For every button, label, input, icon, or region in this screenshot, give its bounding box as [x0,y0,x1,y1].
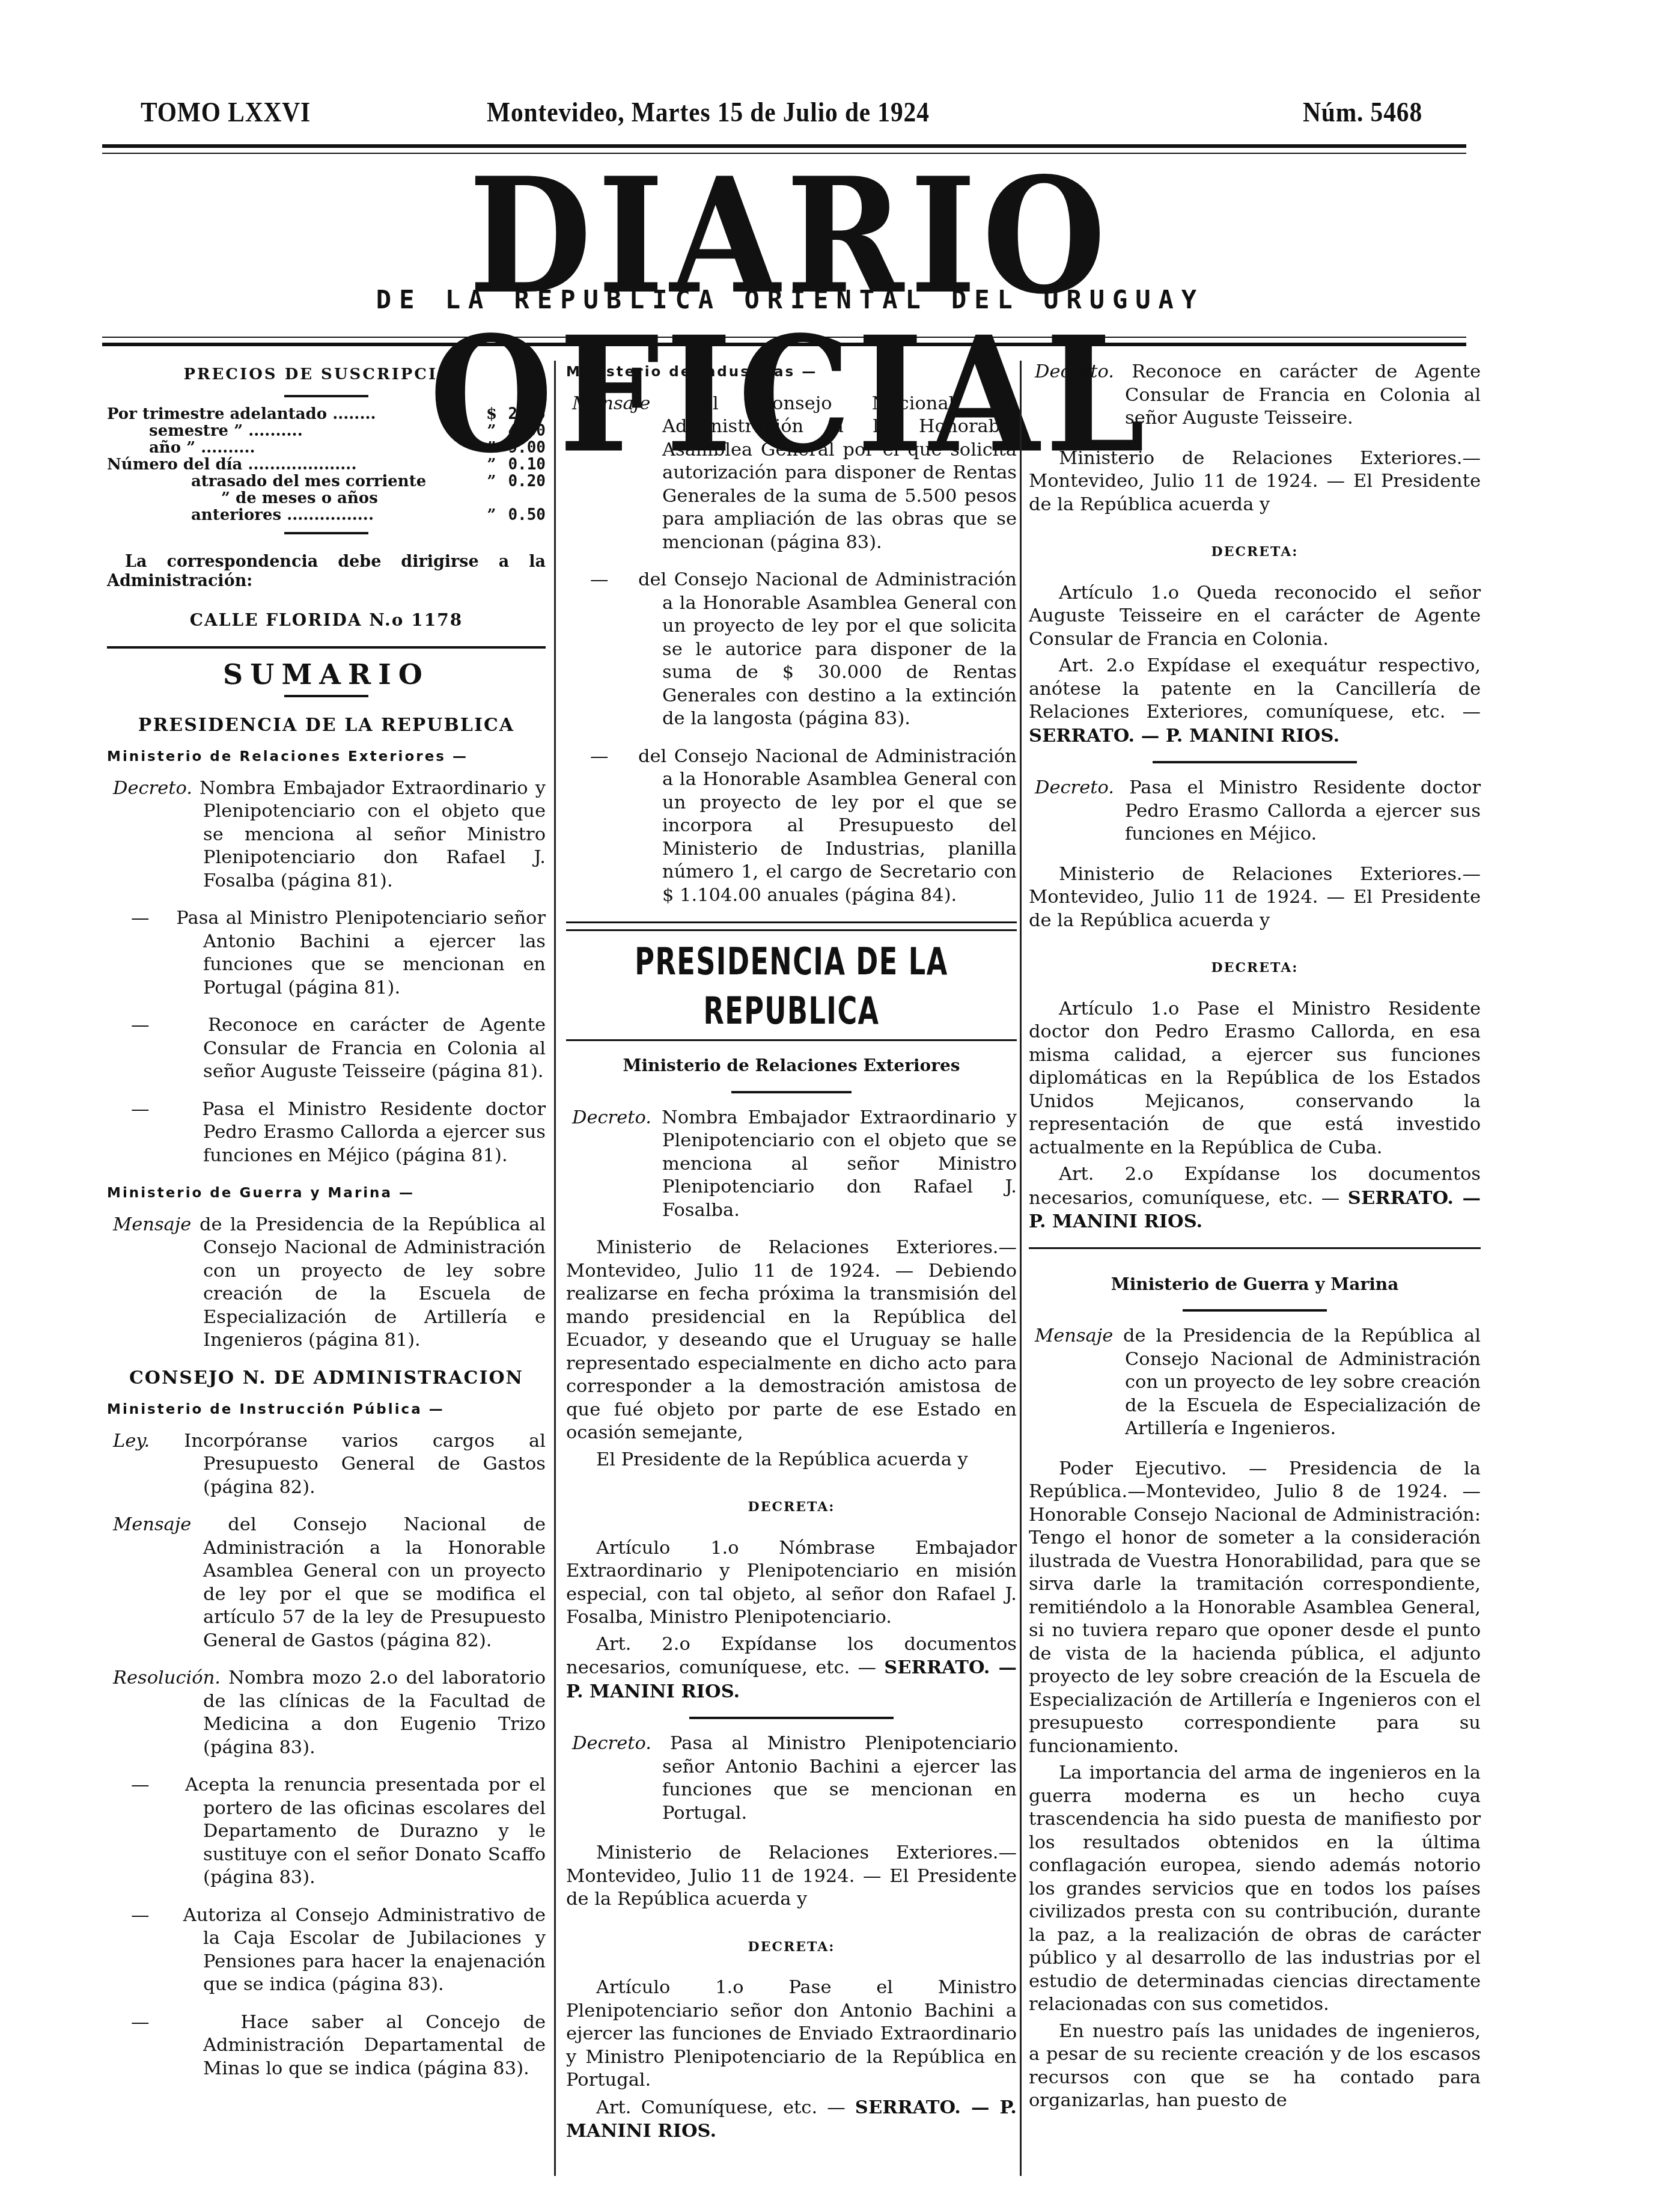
price-row: anteriores ................”0.50 [107,507,546,524]
summary-section-presidencia: PRESIDENCIA DE LA REPUBLICA [107,714,546,738]
divider [1153,761,1357,763]
correspondence-note: La correspondencia debe dirigirse a la A… [107,552,546,591]
ministry-heading: Ministerio de Relaciones Exteriores [566,1054,1017,1078]
message-summary: Mensaje de la Presidencia de la Repúblic… [1029,1325,1481,1441]
column-divider [554,361,556,2176]
summary-ministry: Ministerio de Guerra y Marina — [107,1182,546,1205]
summary-entry[interactable]: — del Consejo Nacional de Administración… [566,569,1017,731]
divider [284,395,368,397]
decree-preamble: El Presidente de la República acuerda y [566,1449,1017,1472]
summary-section-consejo: CONSEJO N. DE ADMINISTRACION [107,1367,546,1390]
administration-address: CALLE FLORIDA N.o 1178 [107,609,546,632]
decree-summary: Decreto. Reconoce en carácter de Agente … [1029,361,1481,430]
decree-article: Artículo 1.o Pase el Ministro Plenipoten… [566,1976,1017,2092]
summary-entry[interactable]: Resolución. Nombra mozo 2.o del laborato… [107,1667,546,1759]
decree-article: Art. 2.o Expídanse los documentos necesa… [1029,1163,1481,1234]
divider [731,1091,852,1093]
message-paragraph: La importancia del arma de ingenieros en… [1029,1762,1481,2017]
price-row: ” de meses o años [107,490,546,507]
summary-entry[interactable]: — Hace saber al Concejo de Administració… [107,2011,546,2081]
decree-preamble: Ministerio de Relaciones Exteriores.— Mo… [1029,447,1481,517]
subscription-price-table: Por trimestre adelantado ........$2.25 s… [107,406,546,524]
issue-number: Núm. 5468 [1303,96,1422,128]
summary-title: SUMARIO [107,663,546,686]
divider [1029,1247,1481,1249]
column-divider [1020,361,1022,2176]
decree-summary: Decreto. Nombra Embajador Extraordinario… [566,1107,1017,1223]
divider [284,532,368,534]
summary-entry[interactable]: — Autoriza al Consejo Administrativo de … [107,1904,546,1997]
summary-ministry: Ministerio de Relaciones Exteriores — [107,745,546,769]
price-row: semestre ” ..........”4.50 [107,423,546,439]
divider [107,646,546,649]
column-left: PRECIOS DE SUSCRIPCION Por trimestre ade… [107,361,546,2176]
summary-entry[interactable]: Decreto. Nombra Embajador Extraordinario… [107,777,546,893]
column-right: Decreto. Reconoce en carácter de Agente … [1029,361,1481,2176]
column-middle: Ministerio de Industrias — Mensaje del C… [566,361,1017,2176]
decree-preamble: Ministerio de Relaciones Exteriores.— Mo… [1029,863,1481,933]
decree-preamble: Ministerio de Relaciones Exteriores.— Mo… [566,1842,1017,1911]
volume-label: TOMO LXXVI [141,96,311,128]
summary-ministry: Ministerio de Industrias — [566,361,1017,384]
decree-summary: Decreto. Pasa al Ministro Plenipotenciar… [566,1732,1017,1825]
price-row: Por trimestre adelantado ........$2.25 [107,406,546,423]
divider [284,695,368,697]
masthead-rule-bottom-thin [102,337,1466,338]
summary-entry[interactable]: — Pasa al Ministro Plenipotenciario seño… [107,907,546,1000]
divider [689,1717,894,1719]
newspaper-subtitle: DE LA REPUBLICA ORIENTAL DEL URUGUAY [135,285,1445,314]
price-row: Número del día ....................”0.10 [107,456,546,473]
message-paragraph: Poder Ejecutivo. — Presidencia de la Rep… [1029,1458,1481,1759]
summary-entry[interactable]: Ley. Incorpóranse varios cargos al Presu… [107,1430,546,1500]
summary-entry[interactable]: Mensaje del Consejo Nacional de Administ… [107,1514,546,1652]
summary-entry[interactable]: Mensaje del Consejo Nacional de Administ… [566,393,1017,555]
decreta-label: DECRETA: [566,1496,1017,1519]
decreta-label: DECRETA: [1029,956,1481,980]
decree-article: Art. 2.o Expídanse los documentos necesa… [566,1633,1017,1704]
decreta-label: DECRETA: [1029,540,1481,564]
section-banner-presidencia: PRESIDENCIA DE LA REPUBLICA [577,937,1006,1036]
summary-entry[interactable]: — Acepta la renuncia presentada por el p… [107,1774,546,1890]
masthead-topline: TOMO LXXVI Montevideo, Martes 15 de Juli… [135,96,1314,144]
newspaper-page: TOMO LXXVI Montevideo, Martes 15 de Juli… [0,0,1673,2212]
decree-preamble: Ministerio de Relaciones Exteriores.— Mo… [566,1236,1017,1445]
price-row: año ” ..........”9.00 [107,439,546,456]
summary-ministry: Ministerio de Instrucción Pública — [107,1398,546,1422]
subscription-heading: PRECIOS DE SUSCRIPCION [107,363,546,386]
divider [566,921,1017,931]
decree-article: Artículo 1.o Pase el Ministro Residente … [1029,998,1481,1160]
ministry-heading: Ministerio de Guerra y Marina [1029,1273,1481,1297]
issue-date: Montevideo, Martes 15 de Julio de 1924 [487,96,930,128]
summary-entry[interactable]: — Pasa el Ministro Residente doctor Pedr… [107,1098,546,1168]
decree-signature: SERRATO. — P. MANINI RIOS. [1029,725,1339,747]
masthead-rule-bottom [102,343,1466,346]
decree-article: Art. Comuníquese, etc. — SERRATO. — P. M… [566,2096,1017,2143]
summary-entry[interactable]: Mensaje de la Presidencia de la Repúblic… [107,1214,546,1352]
price-row: atrasado del mes corriente”0.20 [107,473,546,490]
divider [1183,1309,1327,1312]
decree-article: Artículo 1.o Nómbrase Embajador Extraord… [566,1537,1017,1630]
message-paragraph: En nuestro país las unidades de ingenier… [1029,2020,1481,2113]
summary-entry[interactable]: — del Consejo Nacional de Administración… [566,745,1017,908]
summary-entry[interactable]: — Reconoce en carácter de Agente Consula… [107,1014,546,1084]
divider [566,1039,1017,1041]
decree-summary: Decreto. Pasa el Ministro Residente doct… [1029,777,1481,846]
decreta-label: DECRETA: [566,1935,1017,1959]
decree-article: Art. 2.o Expídase el exequátur respectiv… [1029,655,1481,748]
decree-article: Artículo 1.o Queda reconocido el señor A… [1029,582,1481,652]
